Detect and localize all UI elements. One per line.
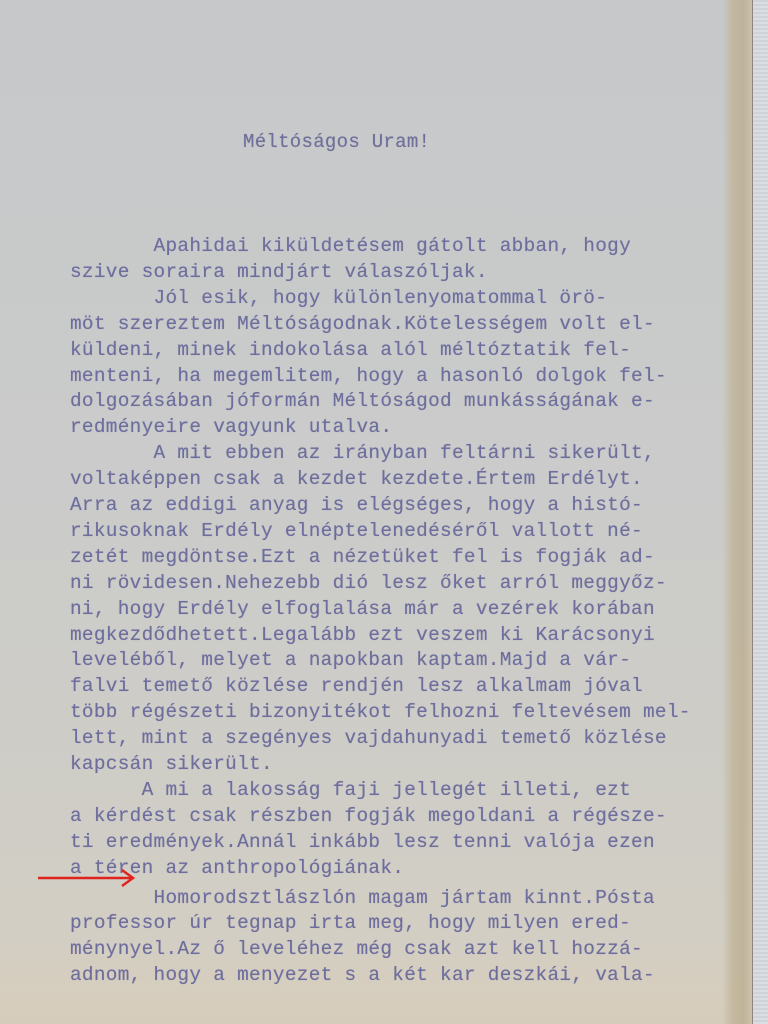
text-line: A mi a lakosság faji jellegét illeti, ez… — [70, 779, 631, 801]
text-line: több régészeti bizonyitékot felhozni fel… — [70, 701, 691, 723]
text-line: Apahidai kiküldetésem gátolt abban, hogy — [70, 235, 631, 257]
text-line: megkezdődhetett.Legalább ezt veszem ki K… — [70, 624, 655, 646]
text-line: kapcsán sikerült. — [70, 753, 273, 775]
text-line: falvi temető közlése rendjén lesz alkalm… — [70, 675, 643, 697]
text-line: A mit ebben az irányban feltárni sikerül… — [70, 442, 655, 464]
text-line: küldeni, minek indokolása alól méltóztat… — [70, 339, 631, 361]
red-arrow-icon — [38, 868, 138, 888]
text-line: rikusoknak Erdély elnéptelenedéséről val… — [70, 520, 643, 542]
text-line: ti eredmények.Annál inkább lesz tenni va… — [70, 831, 655, 853]
salutation: Méltóságos Uram! — [243, 131, 430, 153]
text-line: Arra az eddigi anyag is elégséges, hogy … — [70, 494, 643, 516]
text-line: ménynyel.Az ő leveléhez még csak azt kel… — [70, 938, 643, 960]
text-line: Jól esik, hogy különlenyomatommal örö- — [70, 287, 607, 309]
text-line: ni, hogy Erdély elfoglalása már a vezére… — [70, 598, 655, 620]
text-line: dolgozásában jóformán Méltóságod munkáss… — [70, 390, 655, 412]
text-line: a kérdést csak részben fogják megoldani … — [70, 805, 667, 827]
text-line: lett, mint a szegényes vajdahunyadi teme… — [70, 727, 667, 749]
text-line: szive soraira mindjárt válaszóljak. — [70, 261, 488, 283]
text-line: möt szereztem Méltóságodnak.Kötelességem… — [70, 313, 655, 335]
text-line: Homorodsztlászlón magam jártam kinnt.Pós… — [70, 887, 655, 909]
paper-edge — [722, 0, 752, 1024]
text-line: ni rövidesen.Nehezebb dió lesz őket arró… — [70, 572, 667, 594]
text-line: menteni, ha megemlitem, hogy a hasonló d… — [70, 365, 667, 387]
fabric-backing — [752, 0, 768, 1024]
text-line: leveléből, melyet a napokban kaptam.Majd… — [70, 649, 631, 671]
text-line: redményeire vagyunk utalva. — [70, 416, 392, 438]
text-line: professor úr tegnap irta meg, hogy milye… — [70, 912, 631, 934]
text-line: zetét megdöntse.Ezt a nézetüket fel is f… — [70, 546, 655, 568]
text-line: voltaképpen csak a kezdet kezdete.Értem … — [70, 468, 643, 490]
text-line: adnom, hogy a menyezet s a két kar deszk… — [70, 964, 655, 986]
